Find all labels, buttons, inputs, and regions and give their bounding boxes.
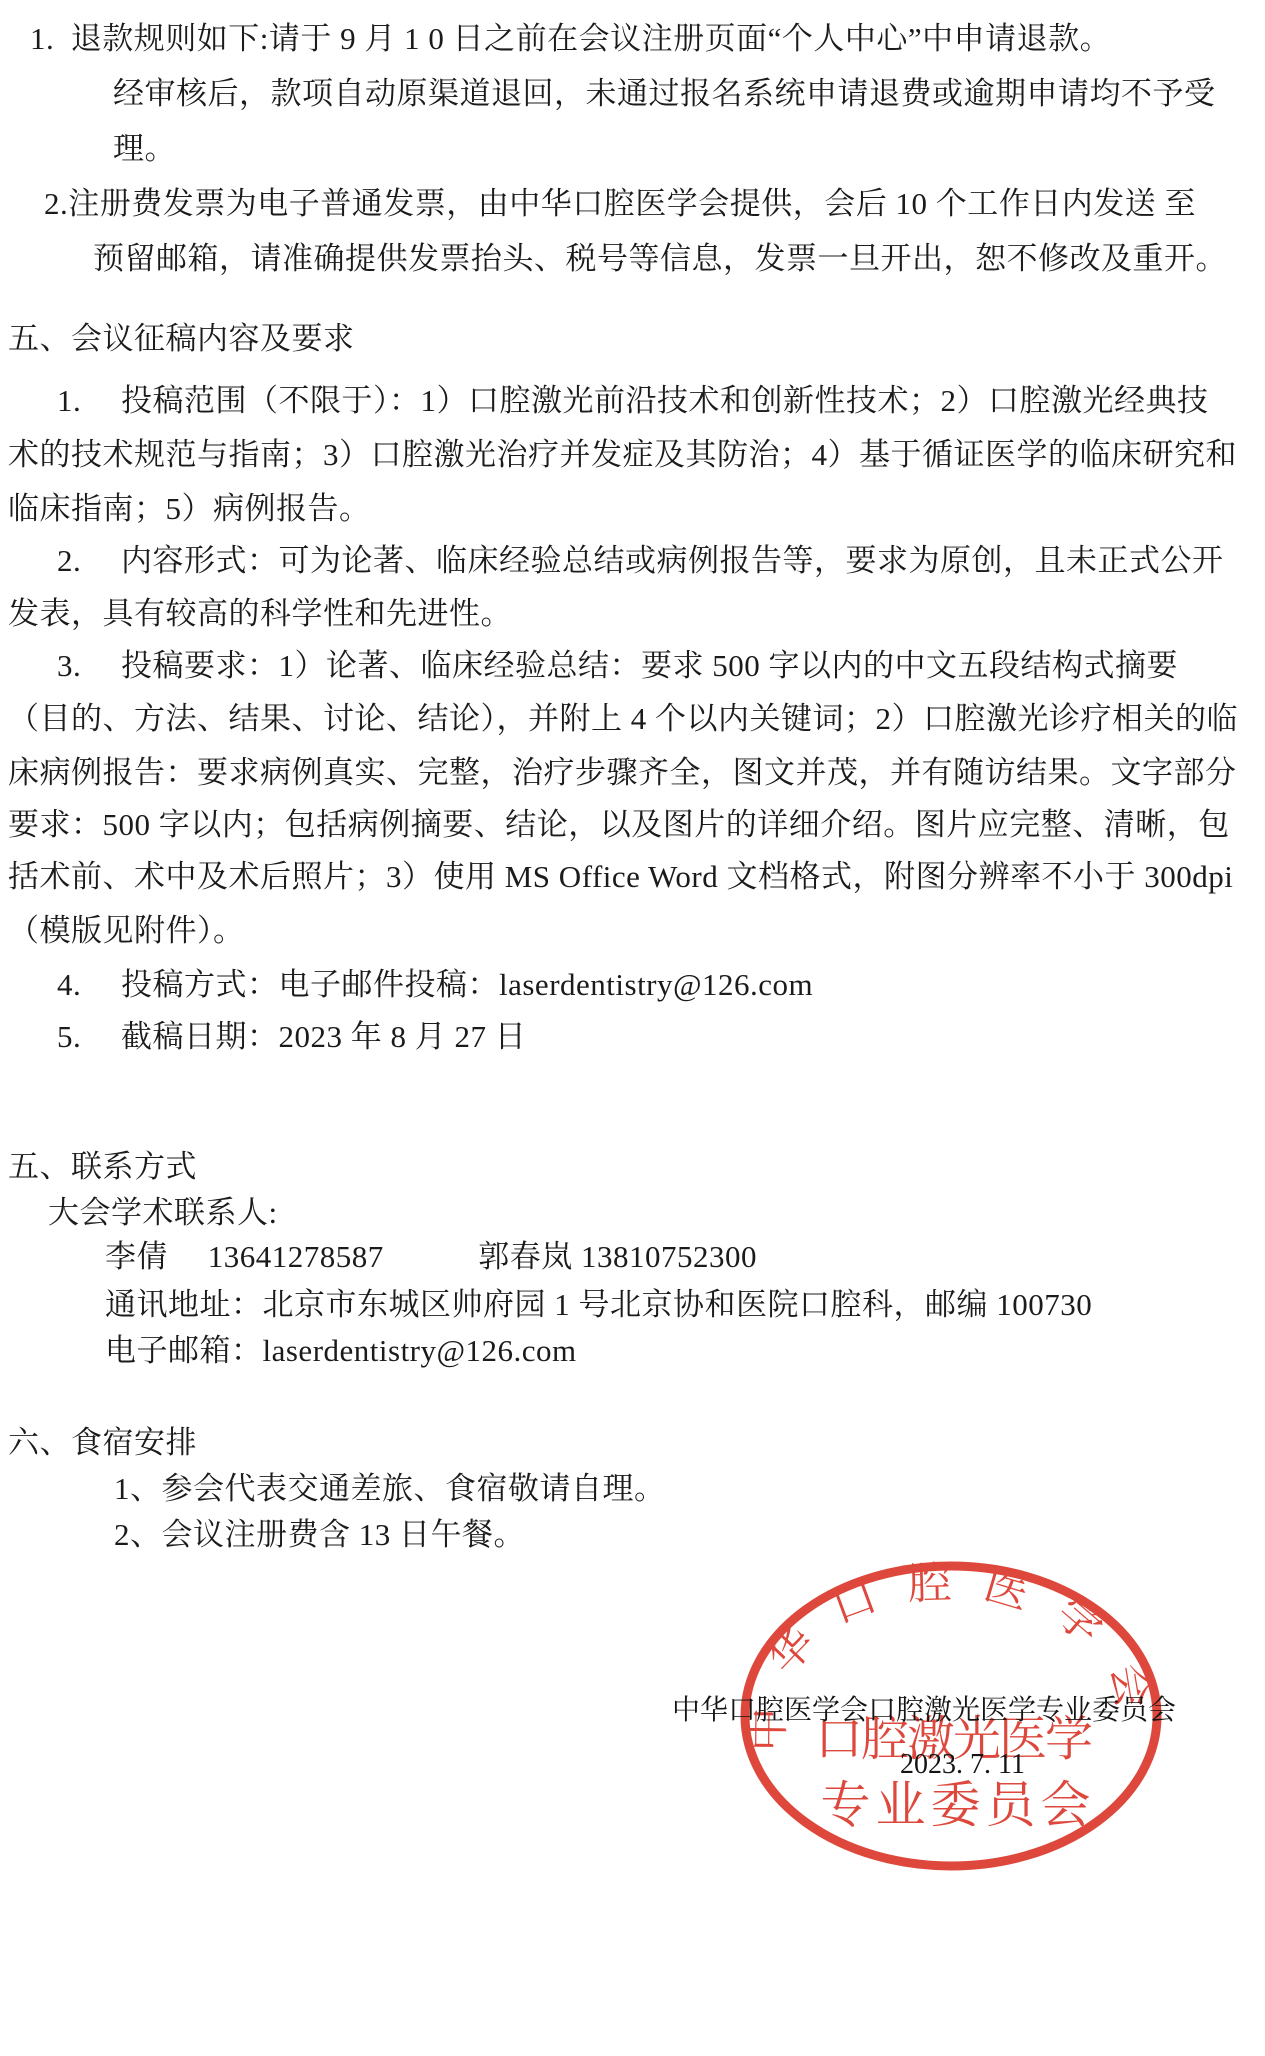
refund-rule-line1: 1. 退款规则如下:请于 9 月 1 0 日之前在会议注册页面“个人中心”中申请… xyxy=(30,18,1111,60)
section-heading-accommodation: 六、食宿安排 xyxy=(8,1422,197,1464)
seal-center-line2: 专业委员会 xyxy=(821,1777,1096,1833)
submission-requirements-line4: 要求：500 字以内；包括病例摘要、结论，以及图片的详细介绍。图片应完整、清晰，… xyxy=(8,804,1230,846)
submission-method-line: 4. 投稿方式：电子邮件投稿：laserdentistry@126.com xyxy=(57,964,813,1006)
submission-requirements-line1: 3. 投稿要求：1）论著、临床经验总结：要求 500 字以内的中文五段结构式摘要 xyxy=(57,645,1178,687)
submission-scope-line1: 1. 投稿范围（不限于）：1）口腔激光前沿技术和创新性技术；2）口腔激光经典技 xyxy=(57,380,1209,422)
contact-person-label: 大会学术联系人: xyxy=(48,1192,278,1234)
submission-requirements-line6: （模版见附件）。 xyxy=(8,910,245,952)
accommodation-note-1: 1、参会代表交通差旅、食宿敬请自理。 xyxy=(114,1468,666,1510)
invoice-note-line2: 预留邮箱，请准确提供发票抬头、税号等信息，发票一旦开出，恕不修改及重开。 xyxy=(93,238,1227,280)
section-heading-call-for-papers: 五、会议征稿内容及要求 xyxy=(8,318,355,360)
submission-scope-line2: 术的技术规范与指南；3）口腔激光治疗并发症及其防治；4）基于循证医学的临床研究和 xyxy=(8,434,1237,476)
signature-organization: 中华口腔医学会口腔激光医学专业委员会 xyxy=(672,1694,1176,1728)
contact-email: 电子邮箱：laserdentistry@126.com xyxy=(105,1330,577,1372)
mailing-address: 通讯地址：北京市东城区帅府园 1 号北京协和医院口腔科，邮编 100730 xyxy=(105,1284,1092,1326)
refund-rule-line2: 经审核后，款项自动原渠道退回，未通过报名系统申请退费或逾期申请均不予受 xyxy=(113,73,1216,115)
content-format-line2: 发表，具有较高的科学性和先进性。 xyxy=(8,593,512,635)
section-heading-contact: 五、联系方式 xyxy=(8,1146,197,1188)
refund-rule-line3: 理。 xyxy=(113,128,176,170)
submission-scope-line3: 临床指南；5）病例报告。 xyxy=(8,488,371,530)
submission-requirements-line5: 括术前、术中及术后照片；3）使用 MS Office Word 文档格式，附图分… xyxy=(8,856,1233,898)
signature-date: 2023. 7. 11 xyxy=(900,1748,1025,1782)
contact-persons-phones: 李倩 13641278587 郭春岚 13810752300 xyxy=(105,1236,757,1278)
content-format-line1: 2. 内容形式：可为论著、临床经验总结或病例报告等，要求为原创，且未正式公开 xyxy=(57,540,1224,582)
invoice-note-line1: 2.注册费发票为电子普通发票，由中华口腔医学会提供，会后 10 个工作日内发送 … xyxy=(44,183,1196,225)
deadline-line: 5. 截稿日期：2023 年 8 月 27 日 xyxy=(57,1016,526,1058)
accommodation-note-2: 2、会议注册费含 13 日午餐。 xyxy=(114,1514,525,1556)
submission-requirements-line2: （目的、方法、结果、讨论、结论），并附上 4 个以内关键词；2）口腔激光诊疗相关… xyxy=(8,698,1238,740)
submission-requirements-line3: 床病例报告：要求病例真实、完整，治疗步骤齐全，图文并茂，并有随访结果。文字部分 xyxy=(8,752,1237,794)
